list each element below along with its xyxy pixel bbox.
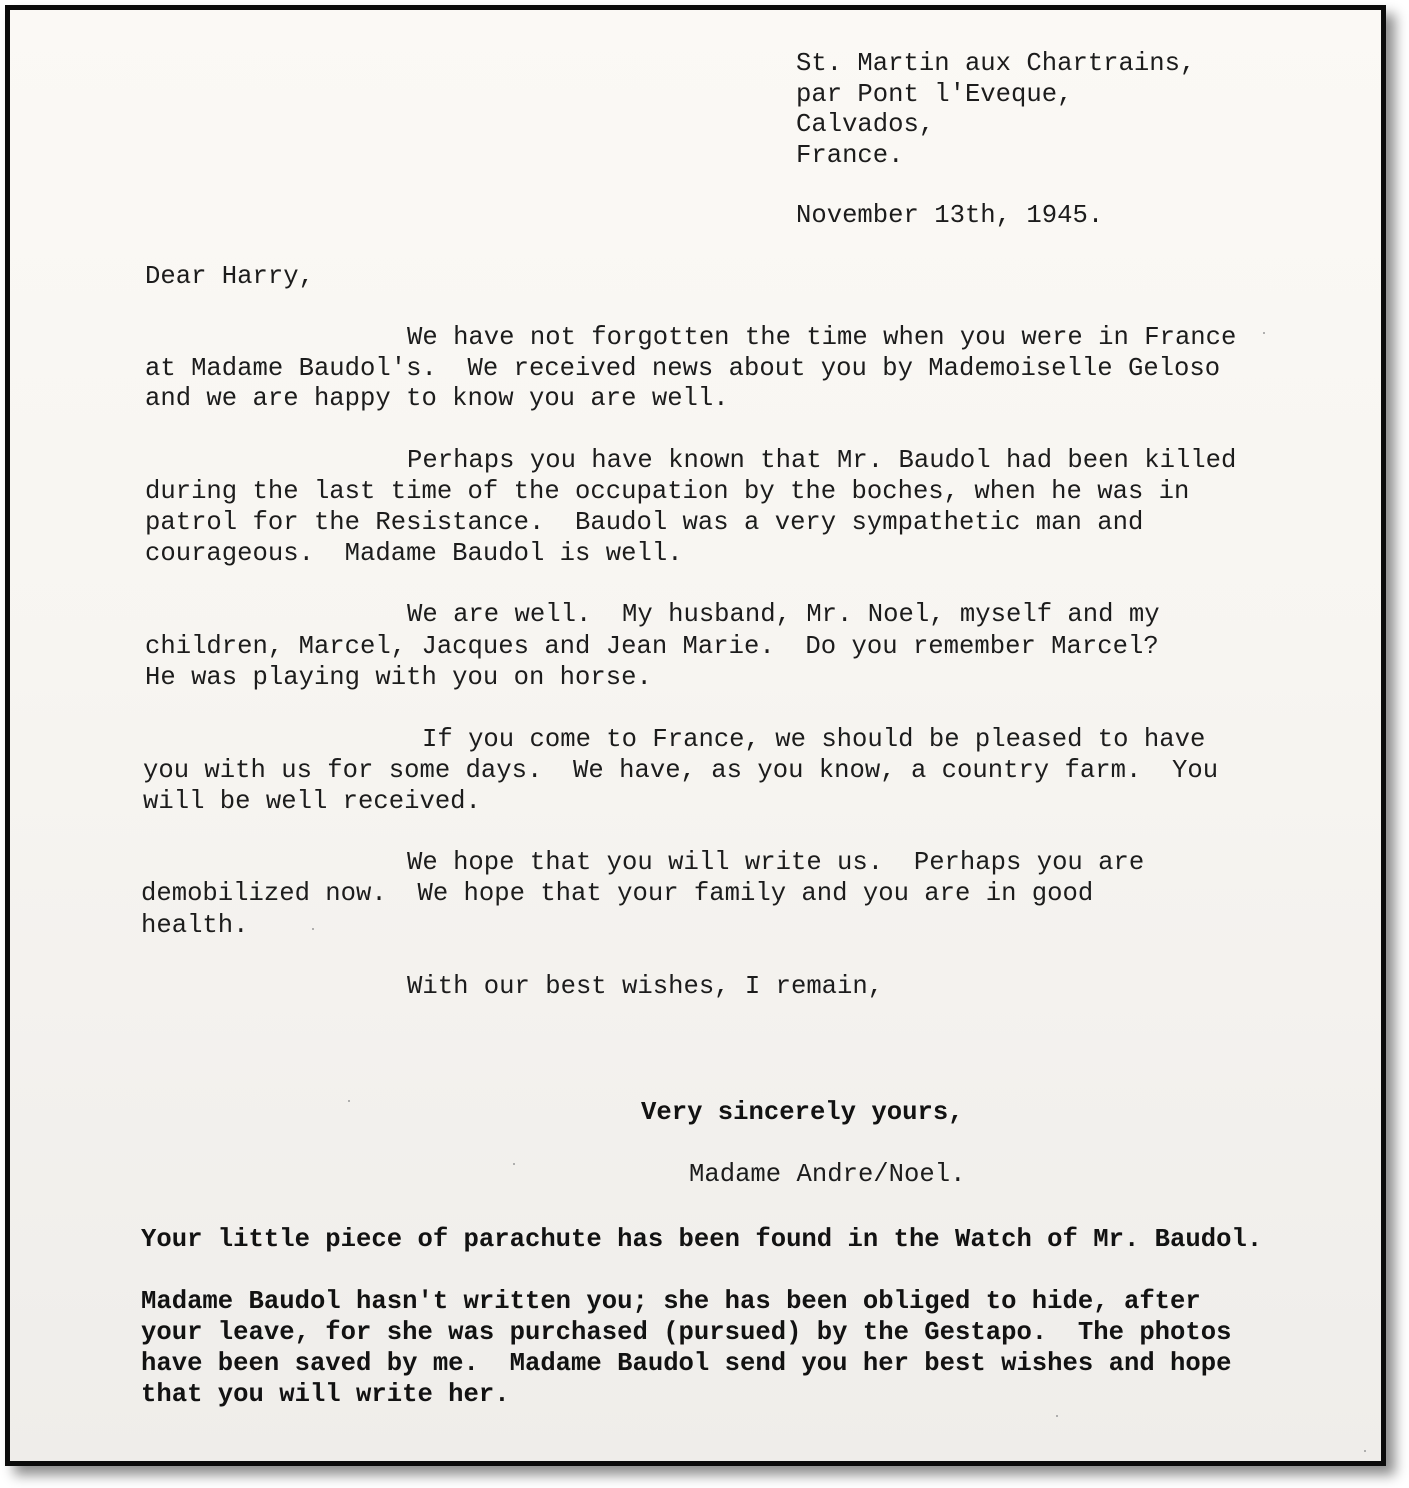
letter-page: St. Martin aux Chartrains, par Pont l'Ev… [5, 5, 1386, 1466]
paragraph-line: He was playing with you on horse. [145, 662, 652, 693]
paragraph-line: you with us for some days. We have, as y… [143, 755, 1218, 786]
salutation: Dear Harry, [145, 261, 314, 292]
paragraph-line: children, Marcel, Jacques and Jean Marie… [145, 631, 1159, 662]
postscript-line: your leave, for she was purchased (pursu… [141, 1317, 1231, 1348]
closing-line: With our best wishes, I remain, [407, 971, 883, 1002]
paper-speck [1364, 1450, 1366, 1452]
paragraph-line: Perhaps you have known that Mr. Baudol h… [407, 445, 1236, 476]
address-line: Calvados, [796, 109, 934, 140]
address-line: par Pont l'Eveque, [796, 79, 1072, 110]
letter-date: November 13th, 1945. [796, 200, 1103, 231]
valediction: Very sincerely yours, [641, 1097, 964, 1128]
paper-speck [1056, 1415, 1058, 1417]
paragraph-line: will be well received. [143, 786, 481, 817]
paper-speck [1263, 332, 1265, 334]
paragraph-line: We have not forgotten the time when you … [407, 322, 1236, 353]
paragraph-line: demobilized now. We hope that your famil… [141, 878, 1093, 909]
paper-speck [312, 928, 314, 930]
paragraph-line: We hope that you will write us. Perhaps … [407, 847, 1144, 878]
signature: Madame Andre/Noel. [689, 1159, 965, 1190]
paragraph-line: health. [141, 910, 249, 941]
address-line: St. Martin aux Chartrains, [796, 48, 1195, 79]
paragraph-line: If you come to France, we should be plea… [422, 724, 1205, 755]
paragraph-line: We are well. My husband, Mr. Noel, mysel… [407, 599, 1160, 630]
paragraph-line: during the last time of the occupation b… [145, 476, 1189, 507]
postscript-line: have been saved by me. Madame Baudol sen… [141, 1348, 1231, 1379]
paper-speck [348, 1100, 350, 1102]
address-line: France. [796, 140, 904, 171]
paragraph-line: at Madame Baudol's. We received news abo… [145, 353, 1220, 384]
paragraph-line: courageous. Madame Baudol is well. [145, 538, 683, 569]
postscript-line: Your little piece of parachute has been … [141, 1224, 1262, 1255]
paragraph-line: and we are happy to know you are well. [145, 383, 729, 414]
paragraph-line: patrol for the Resistance. Baudol was a … [145, 507, 1143, 538]
postscript-line: Madame Baudol hasn't written you; she ha… [141, 1286, 1201, 1317]
paper-speck [513, 1163, 515, 1165]
postscript-line: that you will write her. [141, 1379, 510, 1410]
